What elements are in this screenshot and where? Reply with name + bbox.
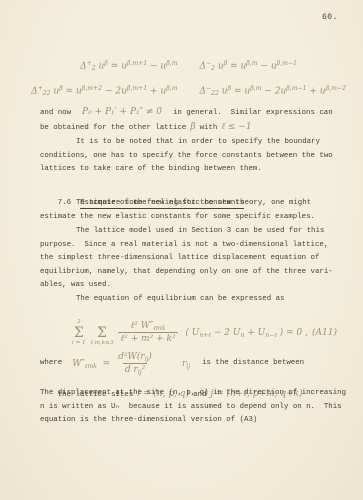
text-line: To acquire some feeling for the new theo… [40, 197, 337, 211]
paragraph-equation-intro: The equation of equilibrium can be expre… [40, 293, 337, 307]
where-definition-row: where W″ℓmk = d²W(rij) d rij² rij is the… [40, 352, 337, 376]
inline-equation-p-sum: P₀ + P₁′ + P₁″ ≠ 0 [82, 107, 162, 117]
text-run: and now [40, 109, 71, 117]
equation-label-a11: (A11) [312, 328, 337, 338]
equation-a11: 3 Σ i = 1 Σ ℓ,m,k≤3 ℓ² W″ℓmk ℓ² + m² + k… [40, 312, 337, 354]
inline-symbol-beta: β [190, 122, 195, 132]
text-line: equilibrium, namely, that depending only… [40, 266, 337, 280]
fraction-denominator: ℓ² + m² + k² [118, 332, 177, 345]
text-line: estimate the new elastic constants for s… [40, 211, 337, 225]
equation-a11-rhs: ( Un+ℓ − 2 Un + Un−ℓ ) = 0 , [183, 328, 308, 339]
sigma-icon: Σ [74, 326, 84, 340]
equation-delta2-minus: Δ−2 uβ = uβ,m − uβ,m−1 [200, 54, 297, 79]
equation-line-1: Δ+2 uβ = uβ,m+1 − uβ,m Δ−2 uβ = uβ,m − u… [40, 54, 337, 79]
text-line: and nowP₀ + P₁′ + P₁″ ≠ 0in general. Sim… [40, 106, 337, 121]
summation-i: 3 Σ i = 1 [72, 319, 86, 346]
equation-delta22-minus: Δ−22 uβ = uβ,m − 2uβ,m−1 + uβ,m−2 [200, 79, 346, 104]
paragraph-lattice-model: The lattice model used in Section 3 can … [40, 225, 337, 293]
paragraph-acquire-feeling: To acquire some feeling for the new theo… [40, 197, 337, 224]
text-run: is the distance between [202, 357, 304, 371]
sum-lower-limit: i = 1 [72, 340, 86, 347]
text-line: conditions, one has to specify the force… [40, 150, 337, 164]
text-line: It is to be noted that in order to speci… [40, 136, 337, 150]
text-run: with [200, 124, 218, 132]
fraction-derivative: d²W(rij) d rij² [116, 352, 154, 377]
equation-line-2: Δ+22 uβ = uβ,m+2 − 2uβ,m+1 + uβ,m Δ−22 u… [40, 79, 337, 104]
inline-condition-l: ℓ ≤ −1 [221, 122, 251, 132]
text-line: The displacement at the site (n, p, q) i… [40, 387, 337, 401]
text-line: The lattice model used in Section 3 can … [40, 225, 337, 239]
text-run: be obtained for the other lattice [40, 124, 186, 132]
text-line: lattices to take care of the binding bet… [40, 163, 337, 177]
sum-lower-limit: ℓ,m,k≤3 [91, 340, 114, 347]
text-run: where [40, 357, 62, 371]
paragraph-general-expressions: and nowP₀ + P₁′ + P₁″ ≠ 0in general. Sim… [40, 106, 337, 135]
fraction-weight-term: ℓ² W″ℓmk ℓ² + m² + k² [118, 321, 177, 346]
text-line: ables, was used. [40, 279, 337, 293]
sigma-icon: Σ [97, 326, 107, 340]
text-run: in general. Similar expressions can [173, 109, 333, 117]
text-line: the simplest three-dimensional lattice d… [40, 252, 337, 266]
handwritten-equations-block: Δ+2 uβ = uβ,m+1 − uβ,m Δ−2 uβ = uβ,m − u… [40, 54, 337, 104]
equation-delta2-plus: Δ+2 uβ = uβ,m+1 − uβ,m [80, 54, 177, 79]
fraction-numerator: d²W(rij) [116, 352, 154, 363]
page-number: 60. [322, 13, 338, 22]
text-line: be obtained for the other latticeβwithℓ … [40, 121, 337, 136]
paragraph-displacement: The displacement at the site (n, p, q) i… [40, 387, 337, 428]
equation-a11-body: 3 Σ i = 1 Σ ℓ,m,k≤3 ℓ² W″ℓmk ℓ² + m² + k… [72, 319, 308, 346]
text-line: purpose. Since a real material is not a … [40, 239, 337, 253]
rij-symbol: rij [182, 359, 190, 370]
scanned-document-page: 60. Δ+2 uβ = uβ,m+1 − uβ,m Δ−2 uβ = uβ,m… [0, 0, 363, 500]
paragraph-boundary-note: It is to be noted that in order to speci… [40, 136, 337, 177]
w-second-derivative-lhs: W″ℓmk = [72, 359, 110, 370]
text-line: equation is the three-dimensional versio… [40, 414, 337, 428]
fraction-numerator: ℓ² W″ℓmk [129, 321, 168, 332]
text-line: n is written as Uₙ because it is assumed… [40, 401, 337, 415]
summation-lmk: Σ ℓ,m,k≤3 [91, 320, 114, 347]
equation-delta22-plus: Δ+22 uβ = uβ,m+2 − 2uβ,m+1 + uβ,m [31, 79, 177, 104]
